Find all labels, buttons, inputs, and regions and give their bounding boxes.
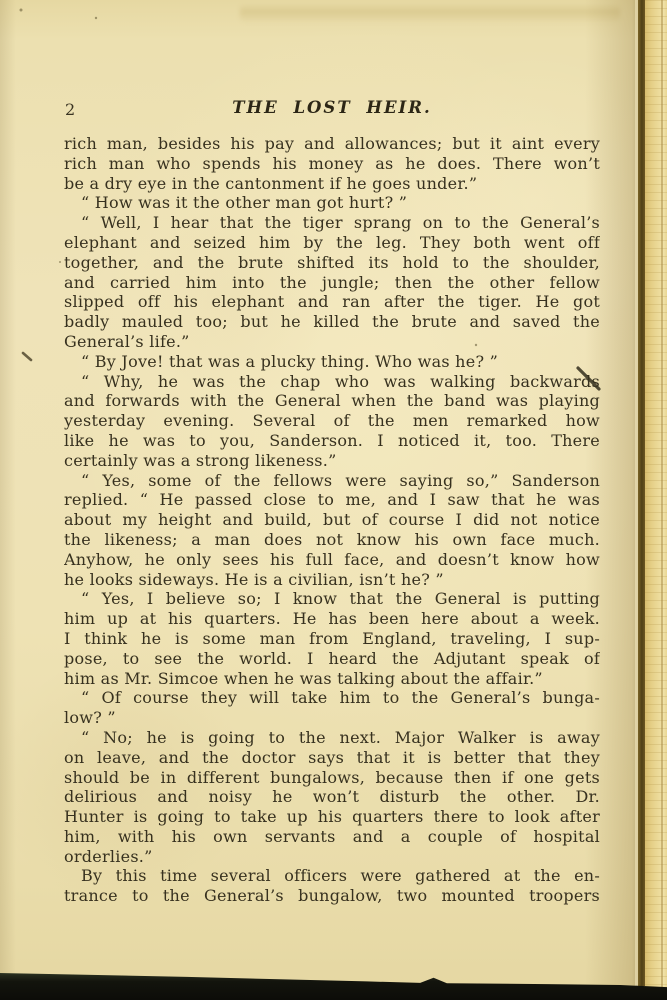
text-line: yesterday evening. Several of the men re… xyxy=(64,411,600,431)
page-body-text: rich man, besides his pay and allowances… xyxy=(64,134,600,924)
text-line: and forwards with the General when the b… xyxy=(64,391,600,411)
text-line: orderlies.” xyxy=(64,847,600,867)
text-line: pose, to see the world. I heard the Adju… xyxy=(64,649,600,669)
text-line: rich man who spends his money as he does… xyxy=(64,154,600,174)
running-title: THE LOST HEIR. xyxy=(64,98,600,117)
page-left-shadow xyxy=(0,0,16,1000)
text-line: “ Yes, some of the fellows were saying s… xyxy=(64,471,600,491)
fore-edge-line xyxy=(661,0,663,990)
text-line: I think he is some man from England, tra… xyxy=(64,629,600,649)
text-line: “ Why, he was the chap who was walking b… xyxy=(64,372,600,392)
paragraph: “ Why, he was the chap who was walking b… xyxy=(64,372,600,471)
text-line: together, and the brute shifted its hold… xyxy=(64,253,600,273)
paper-streak xyxy=(240,4,620,22)
paragraph: “ Yes, I believe so; I know that the Gen… xyxy=(64,589,600,688)
book-page-scan: 2 THE LOST HEIR. rich man, besides his p… xyxy=(0,0,667,1000)
text-line: certainly was a strong likeness.” xyxy=(64,451,600,471)
text-line: delirious and noisy he won’t disturb the… xyxy=(64,787,600,807)
text-line: slipped off his elephant and ran after t… xyxy=(64,292,600,312)
text-line: “ Well, I hear that the tiger sprang on … xyxy=(64,213,600,233)
paper-speck xyxy=(20,9,23,12)
paragraph: “ Well, I hear that the tiger sprang on … xyxy=(64,213,600,352)
page-header: 2 THE LOST HEIR. xyxy=(64,98,600,120)
text-line: and carried him into the jungle; then th… xyxy=(64,273,600,293)
text-line: about my height and build, but of course… xyxy=(64,510,600,530)
paragraph: rich man, besides his pay and allowances… xyxy=(64,134,600,193)
page-number: 2 xyxy=(65,100,75,119)
paragraph: By this time several officers were gathe… xyxy=(64,866,600,906)
text-line: “ How was it the other man got hurt? ” xyxy=(64,193,600,213)
book-fore-edge xyxy=(645,0,667,990)
text-line: low? ” xyxy=(64,708,600,728)
text-line: him as Mr. Simcoe when he was talking ab… xyxy=(64,669,600,689)
text-line: badly mauled too; but he killed the brut… xyxy=(64,312,600,332)
paragraph: “ Of course they will take him to the Ge… xyxy=(64,688,600,728)
text-line: “ By Jove! that was a plucky thing. Who … xyxy=(64,352,600,372)
text-line: Anyhow, he only sees his full face, and … xyxy=(64,550,600,570)
text-line: Hunter is going to take up his quarters … xyxy=(64,807,600,827)
text-line: General’s life.” xyxy=(64,332,600,352)
text-line: replied. “ He passed close to me, and I … xyxy=(64,490,600,510)
paper-speck xyxy=(59,261,61,263)
text-line: like he was to you, Sanderson. I noticed… xyxy=(64,431,600,451)
text-line: By this time several officers were gathe… xyxy=(64,866,600,886)
text-line: him, with his own servants and a couple … xyxy=(64,827,600,847)
text-line: trance to the General’s bungalow, two mo… xyxy=(64,886,600,906)
paragraph: “ How was it the other man got hurt? ” xyxy=(64,193,600,213)
text-line: “ Yes, I believe so; I know that the Gen… xyxy=(64,589,600,609)
text-line: him up at his quarters. He has been here… xyxy=(64,609,600,629)
pen-speck-left-margin xyxy=(23,353,31,360)
paragraph: “ By Jove! that was a plucky thing. Who … xyxy=(64,352,600,372)
text-line: on leave, and the doctor says that it is… xyxy=(64,748,600,768)
text-line: he looks sideways. He is a civilian, isn… xyxy=(64,570,600,590)
book-cover-bottom xyxy=(0,970,667,1000)
text-line: be a dry eye in the cantonment if he goe… xyxy=(64,174,600,194)
text-line: the likeness; a man does not know his ow… xyxy=(64,530,600,550)
text-line: elephant and seized him by the leg. They… xyxy=(64,233,600,253)
paragraph: “ Yes, some of the fellows were saying s… xyxy=(64,471,600,590)
text-line: should be in different bungalows, becaus… xyxy=(64,768,600,788)
paper-speck xyxy=(95,17,97,19)
text-line: “ No; he is going to the next. Major Wal… xyxy=(64,728,600,748)
text-line: “ Of course they will take him to the Ge… xyxy=(64,688,600,708)
page-edge-line xyxy=(638,0,645,986)
text-line: rich man, besides his pay and allowances… xyxy=(64,134,600,154)
paragraph: “ No; he is going to the next. Major Wal… xyxy=(64,728,600,867)
